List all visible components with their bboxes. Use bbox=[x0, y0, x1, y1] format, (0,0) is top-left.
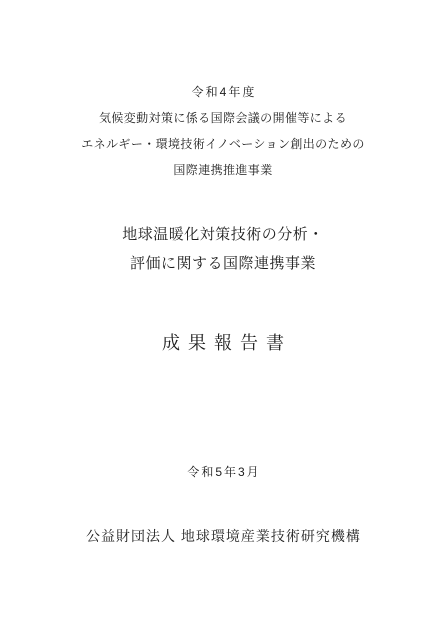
fiscal-year-line: 令和4年度 bbox=[0, 86, 446, 98]
report-title-line-1: 地球温暖化対策技術の分析・ bbox=[0, 227, 446, 242]
program-subtitle-line-3: 国際連携推進事業 bbox=[0, 164, 446, 176]
publisher-organization: 公益財団法人 地球環境産業技術研究機構 bbox=[0, 529, 446, 543]
report-cover-page: 令和4年度 気候変動対策に係る国際会議の開催等による エネルギー・環境技術イノベ… bbox=[0, 0, 446, 630]
program-subtitle-line-2: エネルギー・環境技術イノベーション創出のための bbox=[0, 138, 446, 150]
program-subtitle-line-1: 気候変動対策に係る国際会議の開催等による bbox=[0, 112, 446, 124]
report-title-line-2: 評価に関する国際連携事業 bbox=[0, 256, 446, 271]
publication-date: 令和5年3月 bbox=[0, 466, 446, 478]
report-type-heading: 成果報告書 bbox=[0, 334, 446, 352]
